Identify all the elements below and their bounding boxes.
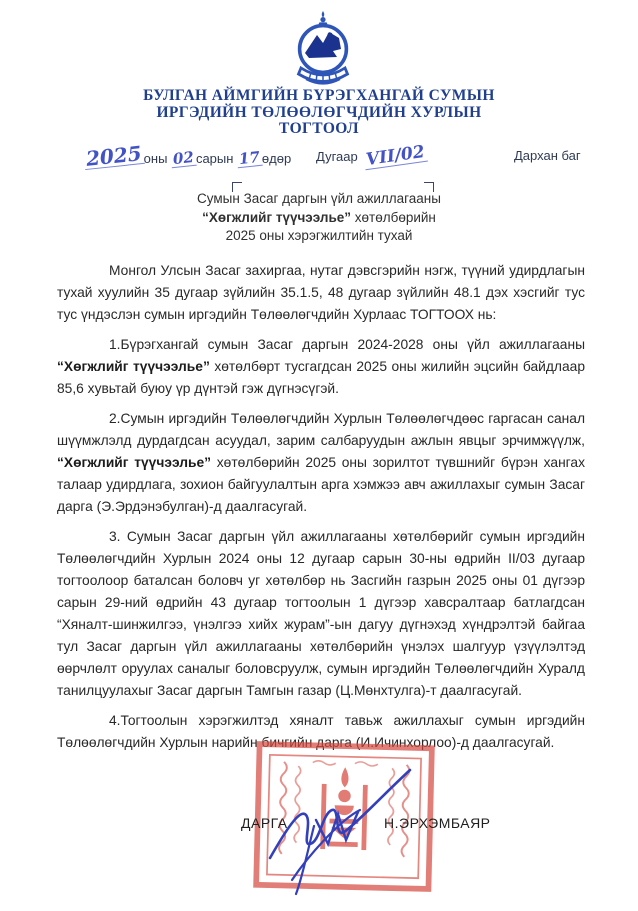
resolution-body: Монгол Улсын Засаг захиргаа, нутаг дэвсг… xyxy=(57,260,585,762)
clause-3: 3. Сумын Засаг даргын үйл ажиллагааны хө… xyxy=(57,526,585,702)
subject-line-1: Сумын Засаг даргын үйл ажиллагааны xyxy=(0,190,638,209)
number-label: Дугаар xyxy=(316,149,358,164)
title-line-1: БУЛГАН АЙМГИЙН БҮРЭГХАНГАЙ СУМЫН xyxy=(0,88,638,105)
program-name-bold: “Хөгжлийг түүчээлье” xyxy=(57,359,210,374)
date-group: 2025оны 02сарын 17өдөр xyxy=(84,146,291,167)
day-label: өдөр xyxy=(262,151,291,166)
handwritten-day: 17 xyxy=(236,150,262,169)
municipal-emblem-icon xyxy=(283,10,363,88)
program-name-bold: “Хөгжлийг түүчээлье” xyxy=(57,455,211,470)
year-label: оны xyxy=(144,151,168,166)
handwritten-month: 02 xyxy=(170,150,196,169)
signature-ink-icon xyxy=(258,764,418,898)
signatory-name: Н.ЭРХЭМБАЯР xyxy=(384,815,491,831)
subject-block: Сумын Засаг даргын үйл ажиллагааны “Хөгж… xyxy=(0,190,638,246)
document-page: БУЛГАН АЙМГИЙН БҮРЭГХАНГАЙ СУМЫН ИРГЭДИЙ… xyxy=(0,0,638,911)
clause-1: 1.Бүрэгхангай сумын Засаг даргын 2024-20… xyxy=(57,334,585,400)
handwritten-number: VII/02 xyxy=(363,144,428,171)
title-line-2: ИРГЭДИЙН ТӨЛӨӨЛӨГЧДИЙН ХУРЛЫН xyxy=(0,105,638,122)
subject-line-2: “Хөгжлийг түүчээлье” хөтөлбөрийн xyxy=(0,209,638,228)
document-title: БУЛГАН АЙМГИЙН БҮРЭГХАНГАЙ СУМЫН ИРГЭДИЙ… xyxy=(0,88,638,138)
title-line-3: ТОГТООЛ xyxy=(0,121,638,138)
preamble-paragraph: Монгол Улсын Засаг захиргаа, нутаг дэвсг… xyxy=(57,260,585,326)
clause-2: 2.Сумын иргэдийн Төлөөлөгчдийн Хурлын Тө… xyxy=(57,408,585,518)
handwritten-year: 2025 xyxy=(83,143,145,170)
number-group: ДугаарVII/02 xyxy=(316,148,427,166)
dateline: 2025оны 02сарын 17өдөр ДугаарVII/02 Дарх… xyxy=(0,140,638,174)
subject-program-name: “Хөгжлийг түүчээлье” xyxy=(202,210,351,225)
subject-line-3: 2025 оны хэрэгжилтийн тухай xyxy=(0,227,638,246)
month-label: сарын xyxy=(196,151,233,166)
place-label: Дархан баг xyxy=(514,148,581,163)
